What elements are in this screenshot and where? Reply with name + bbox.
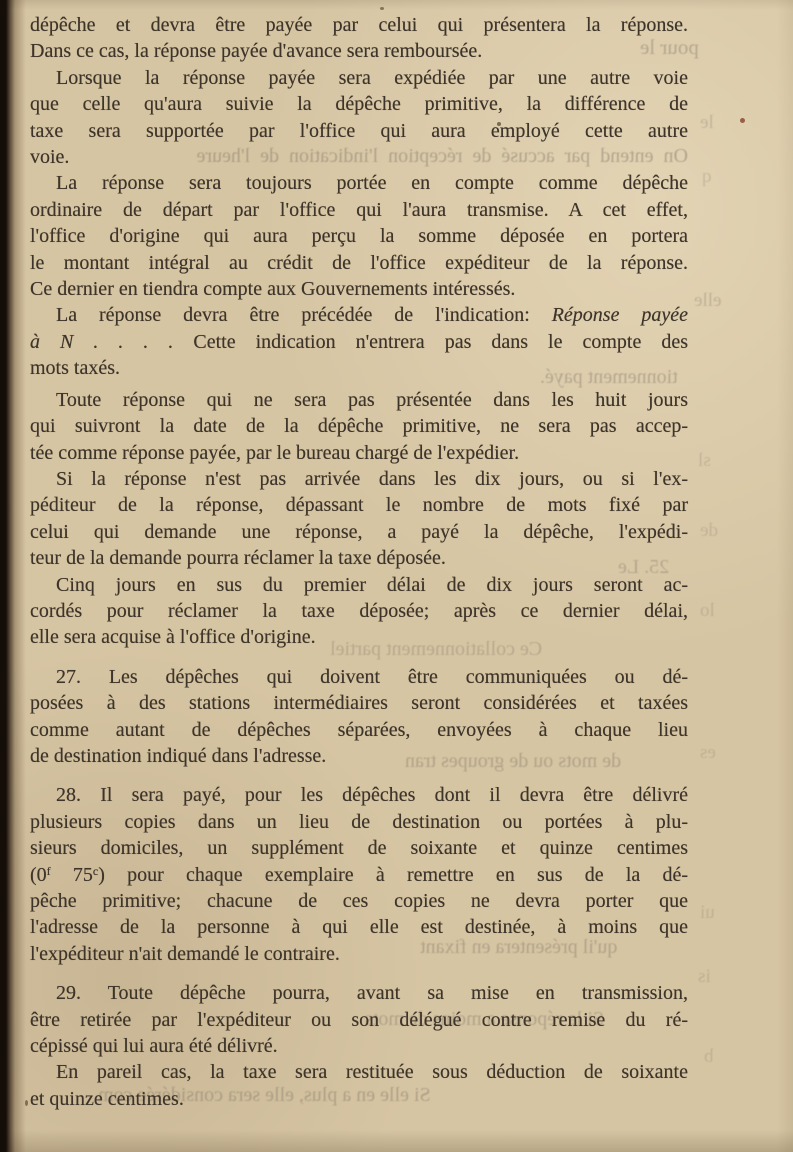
text-line: de destination indiqué dans l'adresse.: [30, 743, 688, 769]
text-line: En pareil cas, la taxe sera restituée so…: [30, 1059, 688, 1085]
text-line: à N . . . . Cette indication n'entrera p…: [30, 329, 688, 355]
paragraph: Lorsque la réponse payée sera expédiée p…: [30, 65, 688, 171]
text-line: sieurs domiciles, un supplément de soixa…: [30, 835, 688, 861]
text-line: tée comme réponse payée, par le bureau c…: [30, 440, 688, 466]
text-line: Si la réponse n'est pas arrivée dans les…: [30, 466, 688, 492]
italic-text: à N . . . .: [30, 331, 193, 353]
showthrough-text: elle: [694, 290, 721, 312]
text-line: cépissé qui lui aura été délivré.: [30, 1033, 688, 1059]
showthrough-text: ui: [700, 902, 715, 924]
text-line: Ce dernier en tiendra compte aux Gouvern…: [30, 276, 688, 302]
text-line: et quinze centimes.: [30, 1086, 688, 1112]
text-segment: (0: [30, 864, 47, 886]
text-line: Toute réponse qui ne sera pas présentée …: [30, 387, 688, 413]
text-line: ordinaire de départ par l'office qui l'a…: [30, 197, 688, 223]
text-line: dépêche et devra être payée par celui qu…: [30, 12, 688, 38]
text-line: comme autant de dépêches séparées, envoy…: [30, 717, 688, 743]
paragraph: Cinq jours en sus du premier délai de di…: [30, 572, 688, 651]
text-line: que celle qu'aura suivie la dépêche prim…: [30, 91, 688, 117]
text-line: voie.: [30, 144, 688, 170]
paragraph: La réponse devra être précédée de l'indi…: [30, 302, 688, 381]
text-line: Cinq jours en sus du premier délai de di…: [30, 572, 688, 598]
text-line: La réponse devra être précédée de l'indi…: [30, 302, 688, 328]
paragraph: Si la réponse n'est pas arrivée dans les…: [30, 466, 688, 572]
text-line: pêche primitive; chacune de ces copies n…: [30, 888, 688, 914]
text-segment: Cette indication n'entrera pas dans le c…: [193, 331, 688, 353]
paragraph: dépêche et devra être payée par celui qu…: [30, 12, 688, 65]
scanned-page: pour leOn entend par accusé de réception…: [0, 0, 793, 1152]
book-gutter-edge: [0, 0, 26, 1152]
text-line: être retirée par l'expéditeur ou son dél…: [30, 1007, 688, 1033]
text-line: (0f 75c) pour chaque exemplaire à remett…: [30, 862, 688, 888]
text-line: qui suivront la date de la dépêche primi…: [30, 413, 688, 439]
showthrough-text: de: [700, 520, 718, 542]
text-line: l'adresse de la personne à qui elle est …: [30, 914, 688, 940]
text-line: 28. Il sera payé, pour les dépêches dont…: [30, 782, 688, 808]
paragraph: Toute réponse qui ne sera pas présentée …: [30, 387, 688, 466]
text-segment: La réponse devra être précédée de l'indi…: [56, 304, 552, 326]
text-line: péditeur de la réponse, dépassant le nom…: [30, 492, 688, 518]
text-line: cordés pour réclamer la taxe déposée; ap…: [30, 598, 688, 624]
text-line: l'expéditeur n'ait demandé le contraire.: [30, 941, 688, 967]
showthrough-text: le: [700, 112, 714, 134]
paragraph: 27. Les dépêches qui doivent être commun…: [30, 664, 688, 770]
text-line: Dans ce cas, la réponse payée d'avance s…: [30, 38, 688, 64]
paragraph: 29. Toute dépêche pourra, avant sa mise …: [30, 980, 688, 1059]
showthrough-text: es: [700, 742, 716, 764]
italic-text: Réponse payée: [552, 304, 688, 326]
text-line: l'office d'origine qui aura perçu la som…: [30, 223, 688, 249]
text-line: celui qui demande une réponse, a payé la…: [30, 519, 688, 545]
showthrough-text: sl: [698, 450, 711, 472]
page-text: dépêche et devra être payée par celui qu…: [30, 12, 688, 1112]
paragraph: En pareil cas, la taxe sera restituée so…: [30, 1059, 688, 1112]
showthrough-text: lo: [700, 600, 715, 622]
text-line: plusieurs copies dans un lieu de destina…: [30, 809, 688, 835]
text-line: 27. Les dépêches qui doivent être commun…: [30, 664, 688, 690]
paragraph: La réponse sera toujours portée en compt…: [30, 170, 688, 302]
showthrough-text: q: [702, 166, 712, 188]
text-line: mots taxés.: [30, 355, 688, 381]
text-line: teur de la demande pourra réclamer la ta…: [30, 545, 688, 571]
text-line: posées à des stations intermédiaires ser…: [30, 690, 688, 716]
text-line: le montant intégral au crédit de l'offic…: [30, 250, 688, 276]
showthrough-text: b: [704, 1046, 714, 1068]
text-line: La réponse sera toujours portée en compt…: [30, 170, 688, 196]
paragraph: 28. Il sera payé, pour les dépêches dont…: [30, 782, 688, 967]
text-line: Lorsque la réponse payée sera expédiée p…: [30, 65, 688, 91]
text-segment: 75: [51, 864, 93, 886]
text-line: 29. Toute dépêche pourra, avant sa mise …: [30, 980, 688, 1006]
text-line: taxe sera supportée par l'office qui aur…: [30, 118, 688, 144]
text-line: elle sera acquise à l'office d'origine.: [30, 624, 688, 650]
showthrough-text: is: [698, 966, 711, 988]
text-segment: ) pour chaque exemplaire à remettre en s…: [98, 864, 688, 886]
